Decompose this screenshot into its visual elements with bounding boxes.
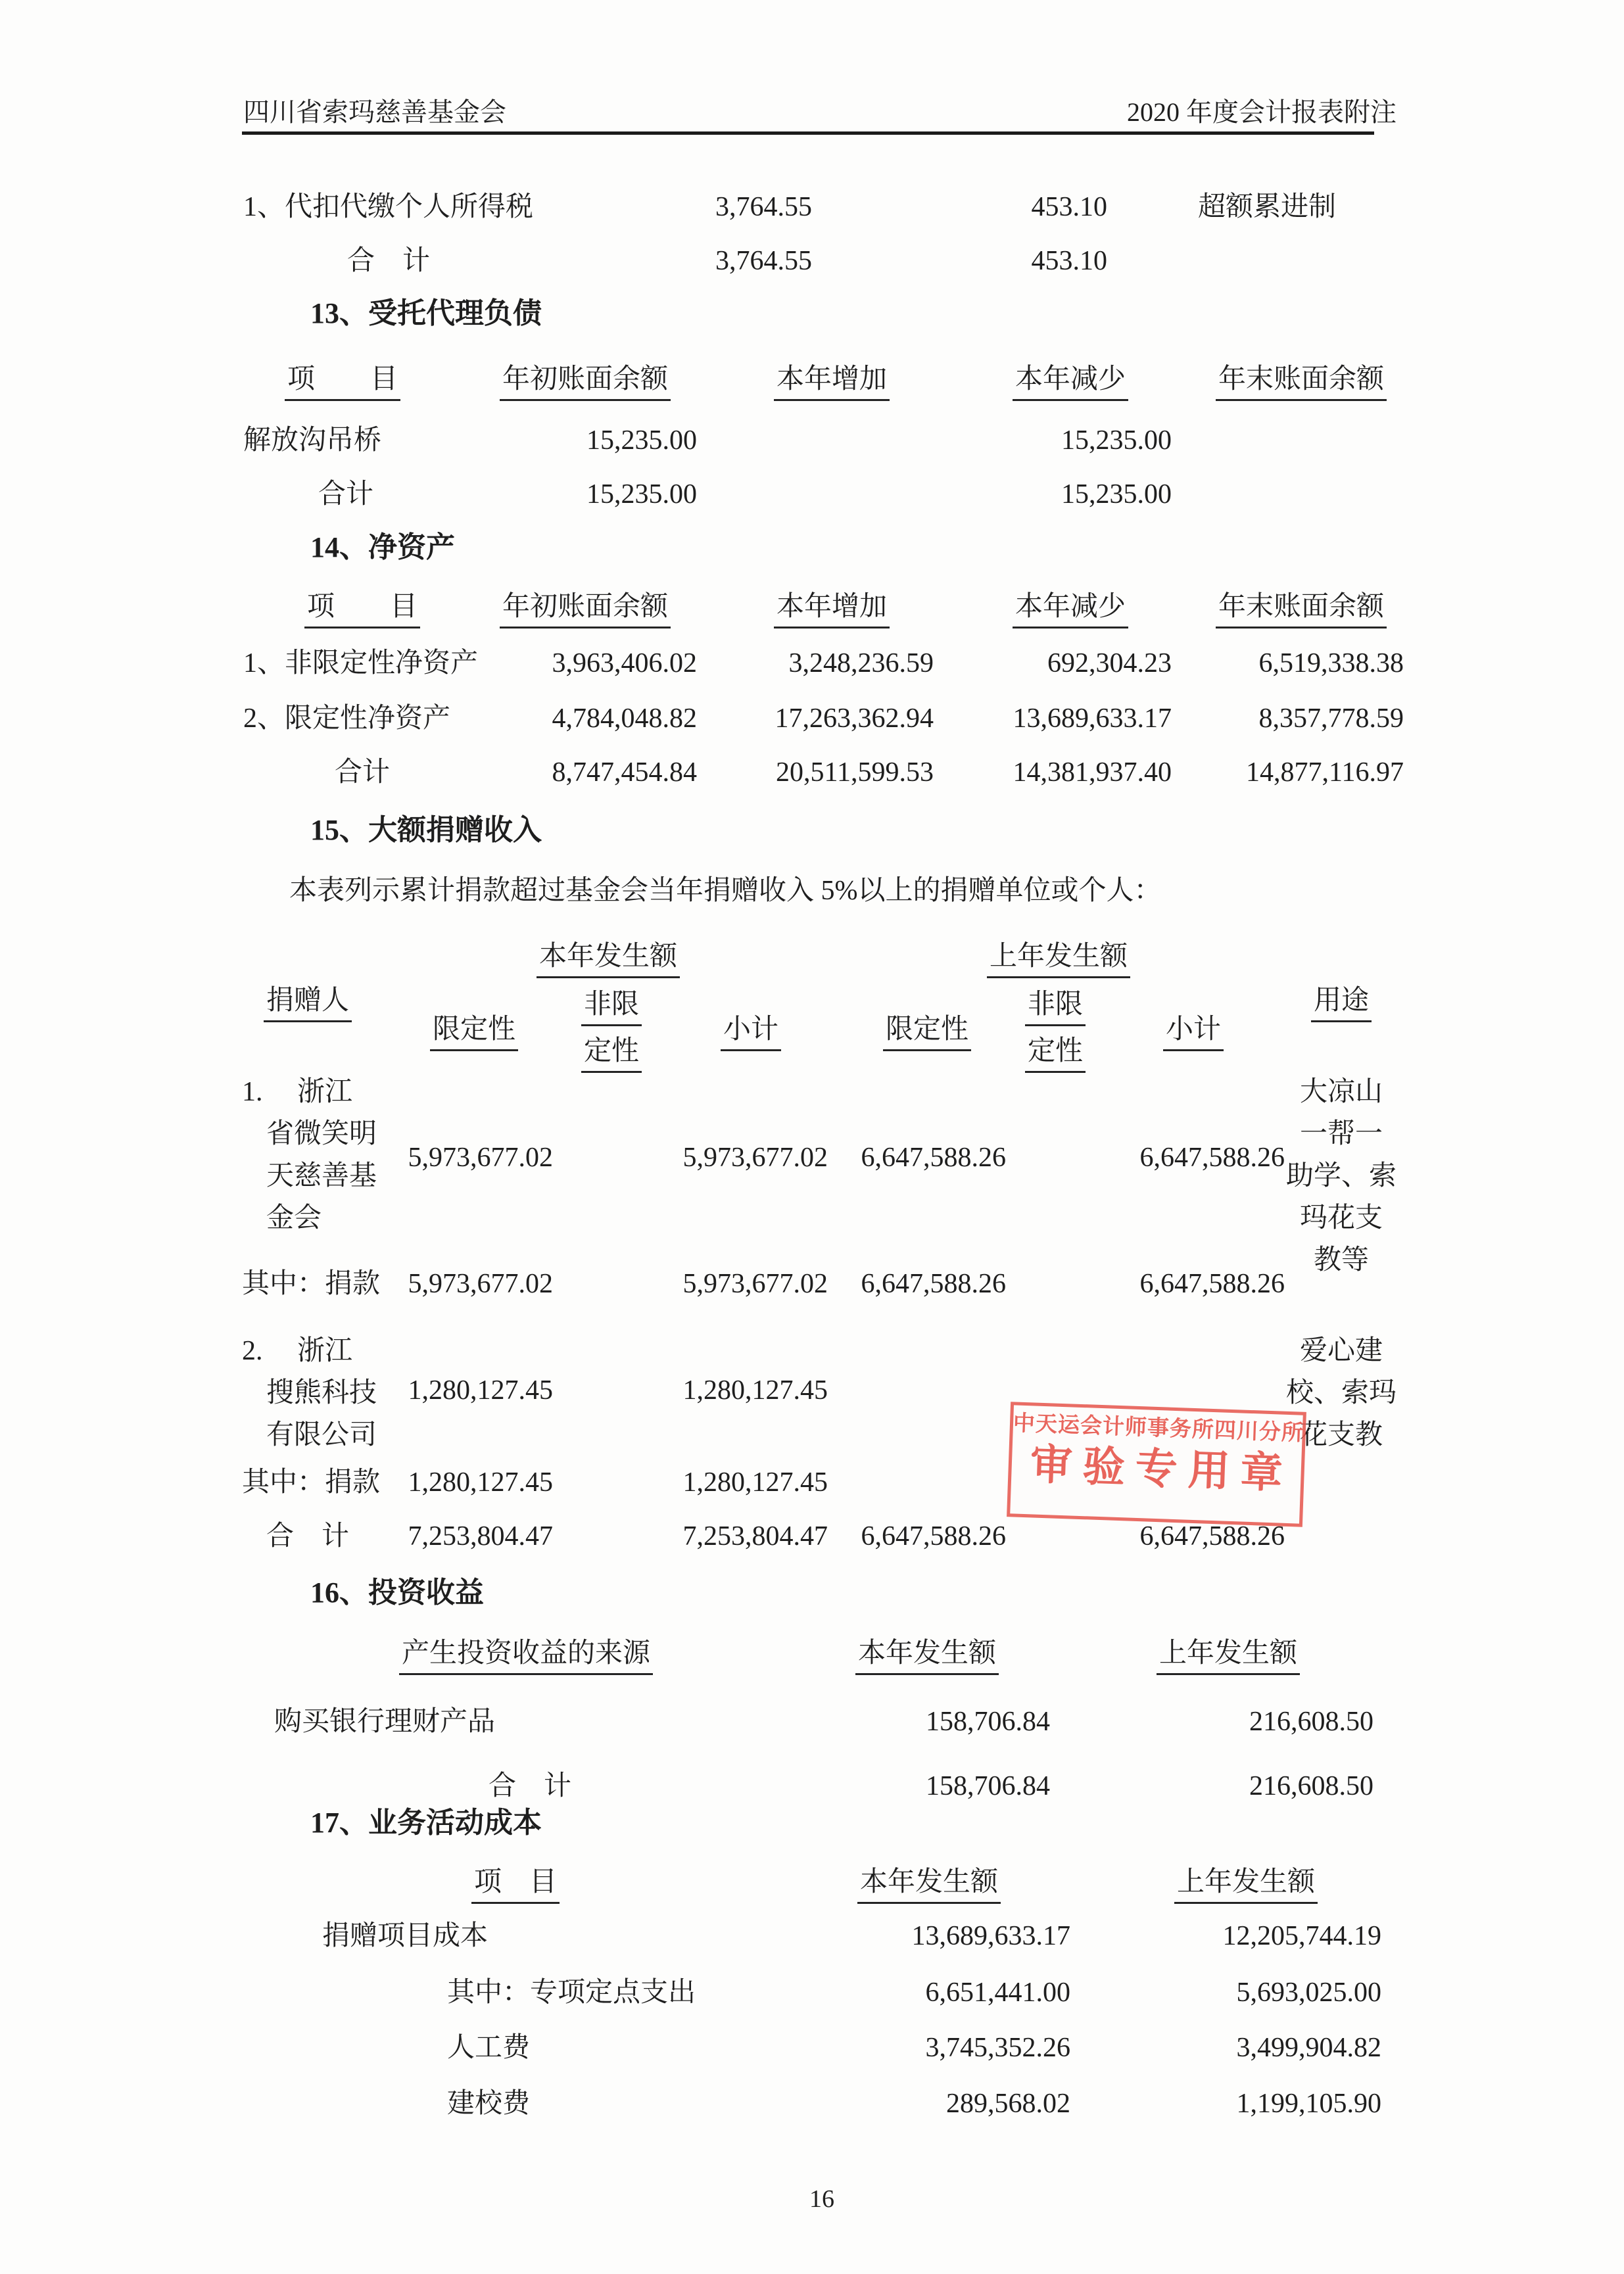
s14-total-begin: 8,747,454.84 bbox=[500, 756, 697, 789]
s15-donor1-purpose-line1: 大凉山 bbox=[1285, 1076, 1397, 1108]
s15-donor1-detail-pri-restricted: 6,647,588.26 bbox=[809, 1267, 1006, 1300]
tax-row-current: 3,764.55 bbox=[615, 191, 812, 224]
header-org-name: 四川省索玛慈善基金会 bbox=[243, 96, 506, 129]
s17-row3-label: 人工费 bbox=[447, 2031, 530, 2064]
s13-row-label: 解放沟吊桥 bbox=[243, 424, 381, 457]
s14-row1-end: 6,519,338.38 bbox=[1206, 647, 1404, 680]
s15-col-pri-unrestricted-1: 非限 bbox=[1025, 988, 1086, 1026]
s17-row1-label: 捐赠项目成本 bbox=[322, 1920, 488, 1953]
s13-col-end: 年末账面余额 bbox=[1216, 363, 1387, 401]
s15-donor2-purpose-line1: 爱心建 bbox=[1285, 1335, 1397, 1367]
s17-row4-current: 289,568.02 bbox=[873, 2087, 1070, 2120]
report-page: 四川省索玛慈善基金会 2020 年度会计报表附注 1、代扣代缴个人所得税 3,7… bbox=[0, 0, 1624, 2274]
s13-col-item: 项 目 bbox=[285, 363, 400, 401]
s15-col-donor: 捐赠人 bbox=[264, 984, 352, 1022]
tax-row-note: 超额累进制 bbox=[1198, 191, 1336, 224]
s14-col-begin: 年初账面余额 bbox=[500, 590, 671, 628]
s15-donor1-cur-restricted: 5,973,677.02 bbox=[356, 1141, 553, 1174]
s15-donor2-detail-cur-subtotal: 1,280,127.45 bbox=[631, 1466, 828, 1499]
s17-row4-label: 建校费 bbox=[447, 2087, 530, 2120]
audit-stamp-seal-text: 审验专用章 bbox=[1011, 1440, 1302, 1498]
s15-col-pri-unrestricted-2: 定性 bbox=[1025, 1035, 1086, 1073]
s15-donor2-cur-subtotal: 1,280,127.45 bbox=[631, 1374, 828, 1407]
s15-donor1-name-line4: 金会 bbox=[266, 1202, 322, 1235]
s15-donor1-pri-restricted: 6,647,588.26 bbox=[809, 1141, 1006, 1174]
s16-row1-label: 购买银行理财产品 bbox=[274, 1705, 495, 1738]
s13-total-label: 合计 bbox=[318, 478, 373, 511]
s14-row1-label: 1、非限定性净资产 bbox=[243, 647, 478, 680]
audit-stamp-firm-name: 中天运会计师事务所四川分所 bbox=[1013, 1410, 1302, 1446]
s15-col-pri-restricted: 限定性 bbox=[883, 1013, 971, 1051]
s14-col-item: 项 目 bbox=[304, 590, 420, 628]
tax-total-label: 合 计 bbox=[347, 245, 430, 277]
s15-donor1-purpose-line5: 教等 bbox=[1285, 1244, 1397, 1277]
s14-total-label: 合计 bbox=[335, 756, 390, 789]
s14-row1-decrease: 692,304.23 bbox=[974, 647, 1172, 680]
s15-donor1-pri-subtotal: 6,647,588.26 bbox=[1087, 1141, 1285, 1174]
section13-title: 13、受托代理负债 bbox=[310, 297, 542, 330]
s17-col-current: 本年发生额 bbox=[857, 1866, 1001, 1904]
s16-col-current: 本年发生额 bbox=[855, 1637, 999, 1675]
s15-total-pri-restricted: 6,647,588.26 bbox=[809, 1520, 1006, 1553]
s17-row3-prior: 3,499,904.82 bbox=[1184, 2031, 1381, 2064]
s16-total-current: 158,706.84 bbox=[853, 1770, 1050, 1803]
s16-row1-current: 158,706.84 bbox=[853, 1705, 1050, 1738]
s17-row2-label: 其中：专项定点支出 bbox=[447, 1976, 696, 2009]
s16-total-label: 合 计 bbox=[489, 1770, 571, 1803]
s15-donor1-detail-pri-subtotal: 6,647,588.26 bbox=[1087, 1267, 1285, 1300]
s13-row-decrease: 15,235.00 bbox=[974, 424, 1172, 457]
s13-total-decrease: 15,235.00 bbox=[974, 478, 1172, 511]
s13-total-begin: 15,235.00 bbox=[500, 478, 697, 511]
s15-donor1-detail-cur-restricted: 5,973,677.02 bbox=[356, 1267, 553, 1300]
s15-col-cur-restricted: 限定性 bbox=[430, 1013, 518, 1051]
s15-col-cur-subtotal: 小计 bbox=[721, 1013, 781, 1051]
s15-donor1-detail-cur-subtotal: 5,973,677.02 bbox=[631, 1267, 828, 1300]
s14-row2-label: 2、限定性净资产 bbox=[243, 702, 450, 735]
s14-total-increase: 20,511,599.53 bbox=[736, 756, 934, 789]
s15-col-cur-unrestricted-1: 非限 bbox=[581, 988, 642, 1026]
s15-group-prior: 上年发生额 bbox=[987, 940, 1130, 978]
s16-total-prior: 216,608.50 bbox=[1176, 1770, 1373, 1803]
s17-row2-prior: 5,693,025.00 bbox=[1184, 1976, 1381, 2009]
s17-col-item: 项 目 bbox=[471, 1866, 560, 1904]
s17-col-prior: 上年发生额 bbox=[1174, 1866, 1318, 1904]
s13-row-begin: 15,235.00 bbox=[500, 424, 697, 457]
s16-col-source: 产生投资收益的来源 bbox=[399, 1637, 653, 1675]
s15-donor2-name-line3: 有限公司 bbox=[266, 1419, 377, 1452]
s15-group-current: 本年发生额 bbox=[537, 940, 680, 978]
s14-col-decrease: 本年减少 bbox=[1013, 590, 1128, 628]
s15-donor1-purpose-line4: 玛花支 bbox=[1285, 1202, 1397, 1235]
s17-row3-current: 3,745,352.26 bbox=[873, 2031, 1070, 2064]
tax-row-prior: 453.10 bbox=[910, 191, 1107, 224]
s17-row4-prior: 1,199,105.90 bbox=[1184, 2087, 1381, 2120]
s15-total-cur-restricted: 7,253,804.47 bbox=[356, 1520, 553, 1553]
s14-row1-increase: 3,248,236.59 bbox=[736, 647, 934, 680]
s15-donor2-detail-cur-restricted: 1,280,127.45 bbox=[356, 1466, 553, 1499]
s15-col-purpose: 用途 bbox=[1311, 984, 1372, 1022]
s14-row2-decrease: 13,689,633.17 bbox=[974, 702, 1172, 735]
s16-col-prior: 上年发生额 bbox=[1157, 1637, 1300, 1675]
header-report-title: 2020 年度会计报表附注 bbox=[1127, 96, 1397, 129]
s15-col-cur-unrestricted-2: 定性 bbox=[581, 1035, 642, 1073]
s15-description: 本表列示累计捐款超过基金会当年捐赠收入 5%以上的捐赠单位或个人： bbox=[289, 874, 1162, 907]
section17-title: 17、业务活动成本 bbox=[310, 1807, 542, 1839]
section15-title: 15、大额捐赠收入 bbox=[310, 814, 542, 847]
header-divider bbox=[242, 131, 1374, 135]
tax-row-label: 1、代扣代缴个人所得税 bbox=[243, 191, 533, 224]
s15-donor1-purpose-line2: 一帮一 bbox=[1285, 1118, 1397, 1150]
s13-col-decrease: 本年减少 bbox=[1013, 363, 1128, 401]
tax-total-current: 3,764.55 bbox=[615, 245, 812, 277]
s15-donor2-purpose-line2: 校、索玛 bbox=[1285, 1377, 1397, 1409]
s13-col-increase: 本年增加 bbox=[774, 363, 890, 401]
s14-total-decrease: 14,381,937.40 bbox=[974, 756, 1172, 789]
s14-row2-increase: 17,263,362.94 bbox=[736, 702, 934, 735]
s14-col-increase: 本年增加 bbox=[774, 590, 890, 628]
s14-col-end: 年末账面余额 bbox=[1216, 590, 1387, 628]
s15-donor2-cur-restricted: 1,280,127.45 bbox=[356, 1374, 553, 1407]
section16-title: 16、投资收益 bbox=[310, 1576, 484, 1609]
s14-row2-end: 8,357,778.59 bbox=[1206, 702, 1404, 735]
audit-stamp: 中天运会计师事务所四川分所 审验专用章 bbox=[1007, 1402, 1306, 1527]
s13-col-begin: 年初账面余额 bbox=[500, 363, 671, 401]
page-number: 16 bbox=[789, 2183, 855, 2215]
s15-donor1-cur-subtotal: 5,973,677.02 bbox=[631, 1141, 828, 1174]
tax-total-prior: 453.10 bbox=[910, 245, 1107, 277]
s15-donor1-purpose-line3: 助学、索 bbox=[1285, 1160, 1397, 1193]
s17-row1-current: 13,689,633.17 bbox=[873, 1920, 1070, 1953]
s15-total-cur-subtotal: 7,253,804.47 bbox=[631, 1520, 828, 1553]
s17-row1-prior: 12,205,744.19 bbox=[1184, 1920, 1381, 1953]
s15-total-label: 合 计 bbox=[266, 1520, 349, 1553]
s15-col-pri-subtotal: 小计 bbox=[1163, 1013, 1224, 1051]
s16-row1-prior: 216,608.50 bbox=[1176, 1705, 1373, 1738]
s14-row1-begin: 3,963,406.02 bbox=[500, 647, 697, 680]
s14-total-end: 14,877,116.97 bbox=[1206, 756, 1404, 789]
s14-row2-begin: 4,784,048.82 bbox=[500, 702, 697, 735]
s17-row2-current: 6,651,441.00 bbox=[873, 1976, 1070, 2009]
s15-donor2-name-line1: 2. 浙江 bbox=[242, 1335, 352, 1367]
section14-title: 14、净资产 bbox=[310, 531, 455, 564]
s15-donor1-name-line1: 1. 浙江 bbox=[242, 1076, 352, 1108]
